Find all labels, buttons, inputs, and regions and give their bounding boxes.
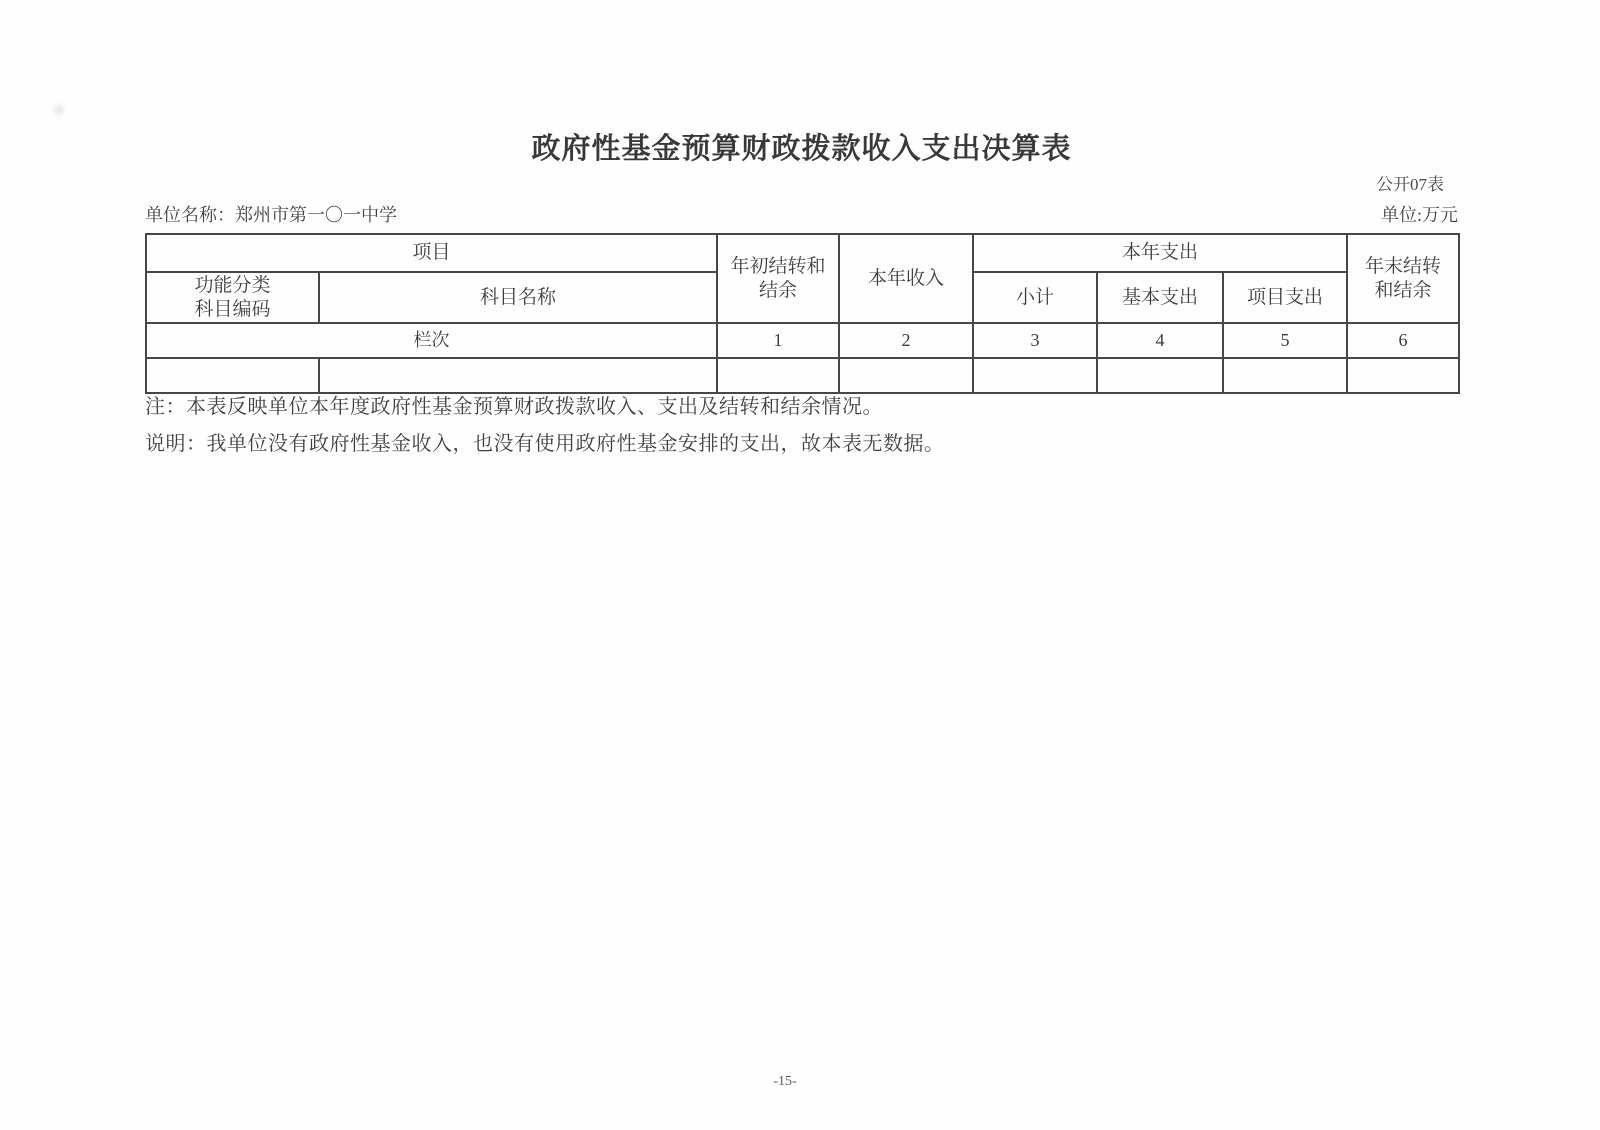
header-basic-expenditure: 基本支出 (1097, 272, 1223, 323)
note-line-1: 注：本表反映单位本年度政府性基金预算财政拨款收入、支出及结转和结余情况。 (145, 394, 1458, 420)
column-index-1: 1 (717, 323, 839, 358)
column-index-6: 6 (1347, 323, 1459, 358)
column-index-row: 栏次 1 2 3 4 5 6 (146, 323, 1459, 358)
unit-measure-label: 单位:万元 (1381, 201, 1458, 227)
column-index-4: 4 (1097, 323, 1223, 358)
cell-opening-balance (717, 358, 839, 393)
header-subject-name: 科目名称 (319, 272, 717, 323)
page-title: 政府性基金预算财政拨款收入支出决算表 (145, 126, 1458, 167)
column-index-5: 5 (1223, 323, 1347, 358)
header-closing-balance: 年末结转 和结余 (1347, 234, 1459, 323)
cell-current-income (839, 358, 973, 393)
document-page: 政府性基金预算财政拨款收入支出决算表 公开07表 单位名称：郑州市第一〇一中学 … (0, 0, 1600, 1130)
cell-subject-name (319, 358, 717, 393)
header-opening-balance: 年初结转和 结余 (717, 234, 839, 323)
table-row (146, 358, 1459, 393)
header-current-income: 本年收入 (839, 234, 973, 323)
cell-project-expenditure (1223, 358, 1347, 393)
unit-name-label: 单位名称： (145, 205, 235, 225)
note-line-2: 说明：我单位没有政府性基金收入，也没有使用政府性基金安排的支出，故本表无数据。 (145, 431, 1458, 457)
header-function-code: 功能分类 科目编码 (146, 272, 319, 323)
notes-block: 注：本表反映单位本年度政府性基金预算财政拨款收入、支出及结转和结余情况。 说明：… (145, 394, 1458, 468)
page-number: -15- (0, 1074, 1570, 1090)
header-subtotal: 小计 (973, 272, 1097, 323)
unit-info-row: 单位名称：郑州市第一〇一中学 单位:万元 (145, 201, 1458, 227)
header-project: 项目 (146, 234, 717, 272)
unit-name-value: 郑州市第一〇一中学 (235, 205, 397, 225)
cell-subtotal (973, 358, 1097, 393)
budget-table: 项目 年初结转和 结余 本年收入 本年支出 年末结转 和结余 功能分类 科目编码… (145, 233, 1460, 394)
cell-basic-expenditure (1097, 358, 1223, 393)
header-current-expenditure: 本年支出 (973, 234, 1347, 272)
header-row-top: 项目 年初结转和 结余 本年收入 本年支出 年末结转 和结余 (146, 234, 1459, 272)
cell-closing-balance (1347, 358, 1459, 393)
unit-name-line: 单位名称：郑州市第一〇一中学 (145, 201, 397, 227)
column-index-2: 2 (839, 323, 973, 358)
table-code-label: 公开07表 (1376, 170, 1444, 195)
header-project-expenditure: 项目支出 (1223, 272, 1347, 323)
cell-function-code (146, 358, 319, 393)
scan-artifact (54, 105, 64, 115)
column-index-3: 3 (973, 323, 1097, 358)
column-index-label: 栏次 (146, 323, 717, 358)
